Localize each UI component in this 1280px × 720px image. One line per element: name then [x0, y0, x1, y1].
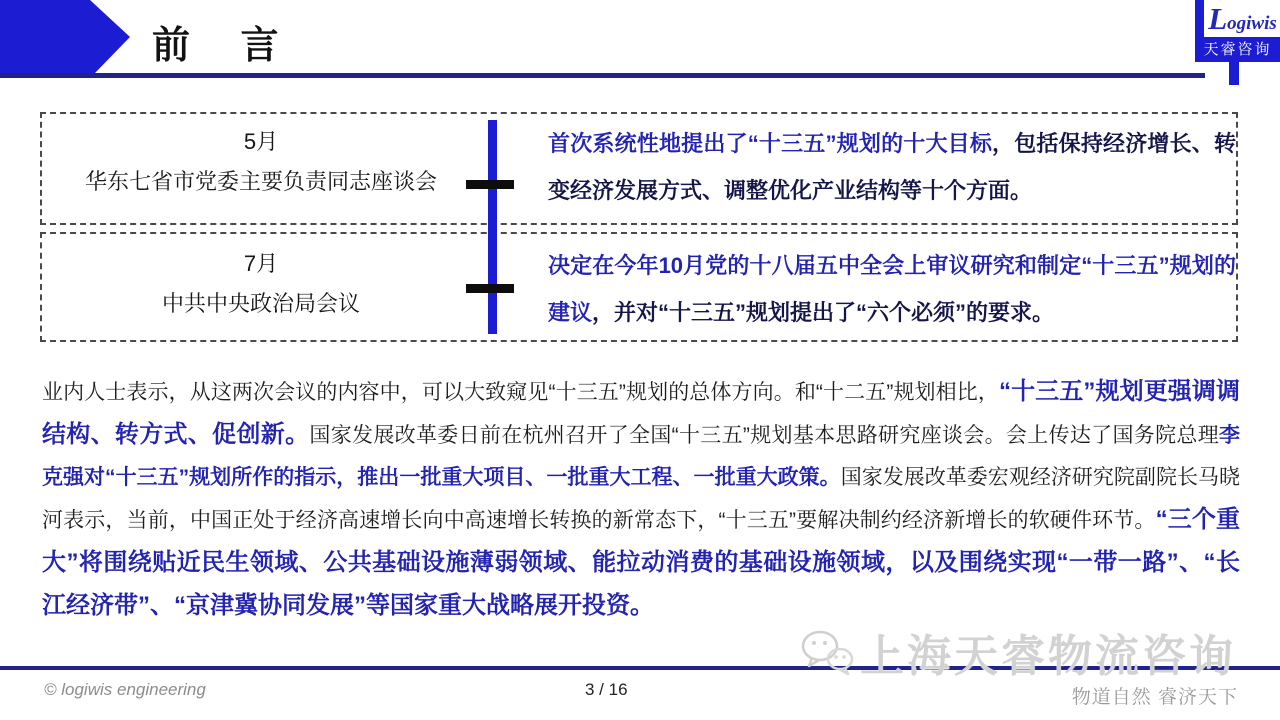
timeline-label-july: 7月 中共中央政治局会议 — [40, 244, 482, 324]
header-arrow-icon — [0, 0, 140, 73]
logo: Logiwis 天睿咨询 — [1195, 0, 1280, 90]
timeline-label-may: 5月 华东七省市党委主要负责同志座谈会 — [40, 122, 482, 202]
logo-stripe — [1195, 0, 1204, 37]
page-title: 前 言 — [152, 14, 299, 69]
watermark: 上海天睿物流咨询 — [798, 622, 1236, 682]
header-rule — [0, 73, 1205, 78]
timeline-axis — [488, 120, 497, 334]
timeline-note-july: 决定在今年10月党的十八届五中全会上审议研究和制定“十三五”规划的建议，并对“十… — [548, 242, 1236, 336]
timeline-event: 中共中央政治局会议 — [40, 284, 482, 324]
timeline-note-may: 首次系统性地提出了“十三五”规划的十大目标，包括保持经济增长、转变经济发展方式、… — [548, 120, 1236, 214]
timeline-date: 7月 — [40, 244, 482, 284]
timeline-event: 华东七省市党委主要负责同志座谈会 — [40, 162, 482, 202]
footer-slogan: 物道自然 睿济天下 — [1072, 682, 1238, 709]
page-number: 3 / 16 — [585, 680, 628, 700]
body-segment: 业内人士表示，从这两次会议的内容中，可以大致窥见“十三五”规划的总体方向。和“十… — [42, 381, 999, 404]
wechat-icon — [798, 626, 856, 678]
body-segment: 国家发展改革委日前在杭州召开了全国“十三五”规划基本思路研究座谈会。会上传达了国… — [309, 424, 1219, 447]
logo-subtitle: 天睿咨询 — [1195, 37, 1280, 62]
timeline-date: 5月 — [40, 122, 482, 162]
timeline-tick — [466, 180, 514, 189]
logo-brand: Logiwis — [1205, 1, 1280, 36]
timeline-tick — [466, 284, 514, 293]
slide: 前 言 Logiwis 天睿咨询 5月 华东七省市党委主要负责同志座谈会 7月 … — [0, 0, 1280, 720]
highlight-text: 首次系统性地提出了“十三五”规划的十大目标 — [548, 131, 992, 156]
watermark-text: 上海天睿物流咨询 — [860, 620, 1236, 684]
note-text: ，并对“十三五”规划提出了“六个必须”的要求。 — [592, 300, 1054, 325]
body-paragraph: 业内人士表示，从这两次会议的内容中，可以大致窥见“十三五”规划的总体方向。和“十… — [42, 371, 1240, 628]
footer-copyright: © logiwis engineering — [44, 680, 206, 700]
logo-stripe — [1229, 62, 1239, 85]
